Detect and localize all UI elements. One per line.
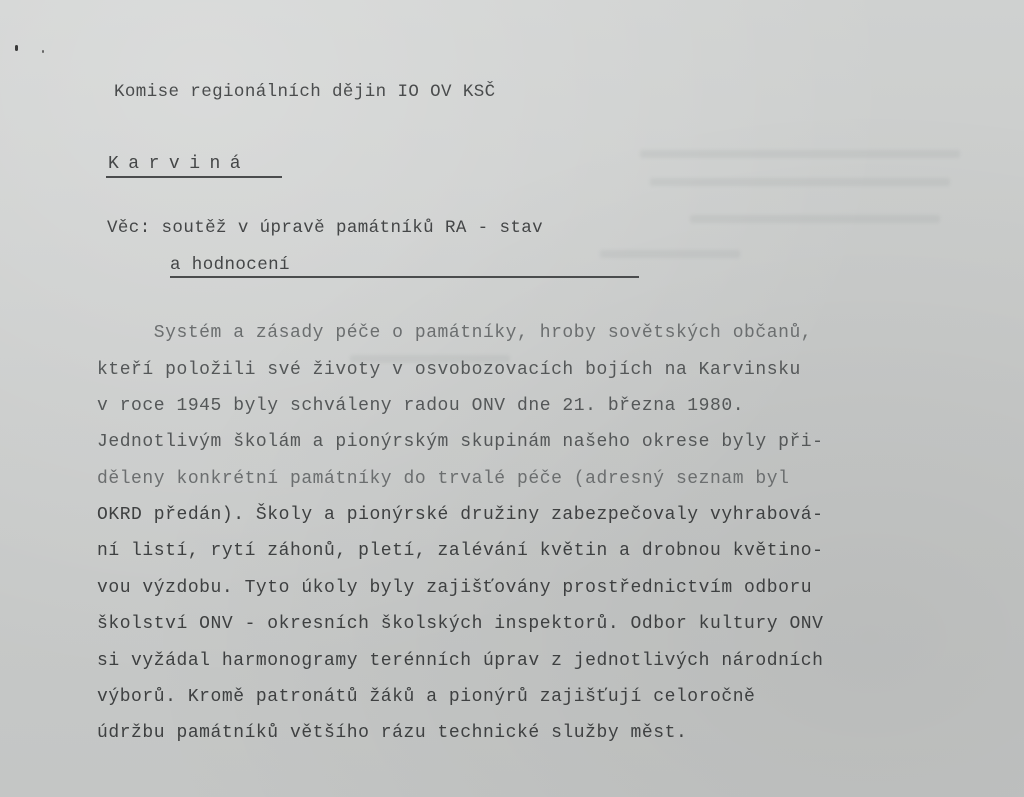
body-line: školství ONV - okresních školských inspe… [97,614,824,634]
paper-speck [42,50,44,53]
document-header: Komise regionálních dějin IO OV KSČ [114,82,496,102]
body-line: v roce 1945 byly schváleny radou ONV dne… [97,396,744,416]
subject-underline [170,276,639,278]
paper-speck [15,45,18,51]
typewritten-page: Komise regionálních dějin IO OV KSČ Karv… [0,0,1024,797]
body-line: děleny konkrétní památníky do trvalé péč… [97,469,789,489]
body-line: ní listí, rytí záhonů, pletí, zalévání k… [97,541,824,561]
body-line: údržbu památníků většího rázu technické … [97,723,687,743]
city-underline [106,176,282,178]
subject-line-continuation: a hodnocení [170,255,290,275]
body-line: výborů. Kromě patronátů žáků a pionýrů z… [97,687,755,707]
body-line: OKRD předán). Školy a pionýrské družiny … [97,505,824,525]
bleed-through-mark [690,215,940,223]
body-line: kteří položili své životy v osvobozovací… [97,360,801,380]
body-line: Jednotlivým školám a pionýrským skupinám… [97,432,824,452]
city-heading: Karviná [108,154,250,174]
subject-label: Věc: [107,218,151,238]
subject-line: Věc: soutěž v úpravě památníků RA - stav [107,218,543,238]
bleed-through-mark [640,150,960,158]
bleed-through-mark [600,250,740,258]
body-line: vou výzdobu. Tyto úkoly byly zajišťovány… [97,578,812,598]
body-line: si vyžádal harmonogramy terénních úprav … [97,651,824,671]
body-line: Systém a zásady péče o památníky, hroby … [97,323,812,343]
bleed-through-mark [650,178,950,186]
subject-text: soutěž v úpravě památníků RA - stav [162,218,544,238]
